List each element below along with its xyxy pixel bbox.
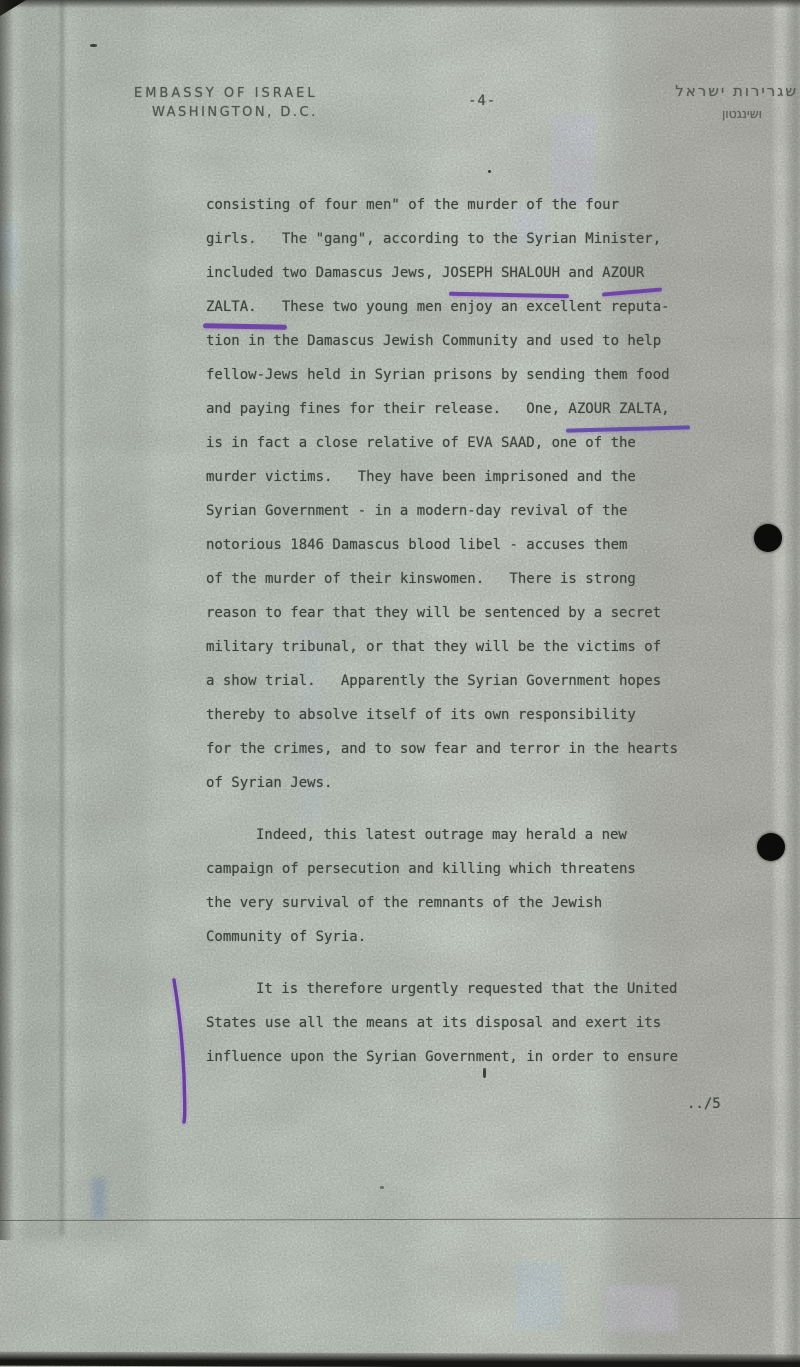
- ink-speck: [488, 170, 491, 173]
- text-line: for the crimes, and to sow fear and terr…: [206, 732, 796, 766]
- text-line: reason to fear that they will be sentenc…: [206, 596, 796, 630]
- text-line: Community of Syria.: [206, 920, 796, 954]
- text-line: Indeed, this latest outrage may herald a…: [206, 818, 796, 852]
- text-line: the very survival of the remnants of the…: [206, 886, 796, 920]
- text-line: included two Damascus Jews, JOSEPH SHALO…: [206, 256, 796, 290]
- scan-artifact-left-band2: [78, 0, 148, 1240]
- letterhead-hebrew: שגרירות ישראל ושינגטון: [675, 82, 798, 121]
- text-line: States use all the means at its disposal…: [206, 1006, 796, 1040]
- text-line: girls. The "gang", according to the Syri…: [206, 222, 796, 256]
- paragraph: Indeed, this latest outrage may herald a…: [206, 818, 796, 954]
- text-line: murder victims. They have been imprisone…: [206, 460, 796, 494]
- text-line: of Syrian Jews.: [206, 766, 796, 800]
- text-line: military tribunal, or that they will be …: [206, 630, 796, 664]
- text-line: notorious 1846 Damascus blood libel - ac…: [206, 528, 796, 562]
- text-line: and paying fines for their release. One,…: [206, 392, 796, 426]
- scan-tint-patch: [606, 1286, 678, 1332]
- text-line: Syrian Government - in a modern-day revi…: [206, 494, 796, 528]
- body-text: consisting of four men" of the murder of…: [206, 188, 796, 1092]
- text-line: of the murder of their kinswomen. There …: [206, 562, 796, 596]
- continuation-mark: ../5: [687, 1096, 721, 1112]
- scan-edge-bottom: [0, 1352, 800, 1367]
- scan-corner-top-left: [0, 0, 26, 16]
- scan-artifact-left-band: [22, 0, 62, 1240]
- pen-margin-line: [174, 980, 185, 1122]
- scan-edge-left: [0, 0, 14, 1240]
- scan-tint-patch: [516, 1262, 562, 1328]
- text-line: ZALTA. These two young men enjoy an exce…: [206, 290, 796, 324]
- letterhead-embassy-name: EMBASSY OF ISRAEL: [134, 86, 318, 101]
- hole-punch: [754, 524, 782, 552]
- text-line: consisting of four men" of the murder of…: [206, 188, 796, 222]
- scanned-document-page: EMBASSY OF ISRAEL WASHINGTON, D.C. -4- ש…: [0, 0, 800, 1367]
- scan-tint-patch: [92, 1178, 106, 1218]
- scan-artifact-left-streak: [60, 0, 64, 1235]
- scan-fold-line: [0, 1218, 800, 1221]
- text-line: campaign of persecution and killing whic…: [206, 852, 796, 886]
- text-line: is in fact a close relative of EVA SAAD,…: [206, 426, 796, 460]
- text-line: thereby to absolve itself of its own res…: [206, 698, 796, 732]
- ink-speck: [380, 1186, 384, 1189]
- text-line: influence upon the Syrian Government, in…: [206, 1040, 796, 1074]
- text-line: fellow-Jews held in Syrian prisons by se…: [206, 358, 796, 392]
- paragraph: consisting of four men" of the murder of…: [206, 188, 796, 800]
- pen-margin-line: [174, 980, 185, 1122]
- letterhead-embassy-city: WASHINGTON, D.C.: [152, 105, 318, 120]
- ink-speck: [90, 44, 97, 47]
- letterhead: EMBASSY OF ISRAEL WASHINGTON, D.C.: [134, 86, 318, 120]
- scan-tint-patch: [0, 224, 18, 290]
- letterhead-hebrew-city: ושינגטון: [711, 106, 762, 121]
- scan-edge-top: [0, 0, 800, 8]
- text-line: tion in the Damascus Jewish Community an…: [206, 324, 796, 358]
- text-line: It is therefore urgently requested that …: [206, 972, 796, 1006]
- letterhead-hebrew-name: שגרירות ישראל: [675, 82, 798, 100]
- page-number: -4-: [468, 93, 496, 109]
- hole-punch: [757, 833, 785, 861]
- text-line: a show trial. Apparently the Syrian Gove…: [206, 664, 796, 698]
- paragraph: It is therefore urgently requested that …: [206, 972, 796, 1074]
